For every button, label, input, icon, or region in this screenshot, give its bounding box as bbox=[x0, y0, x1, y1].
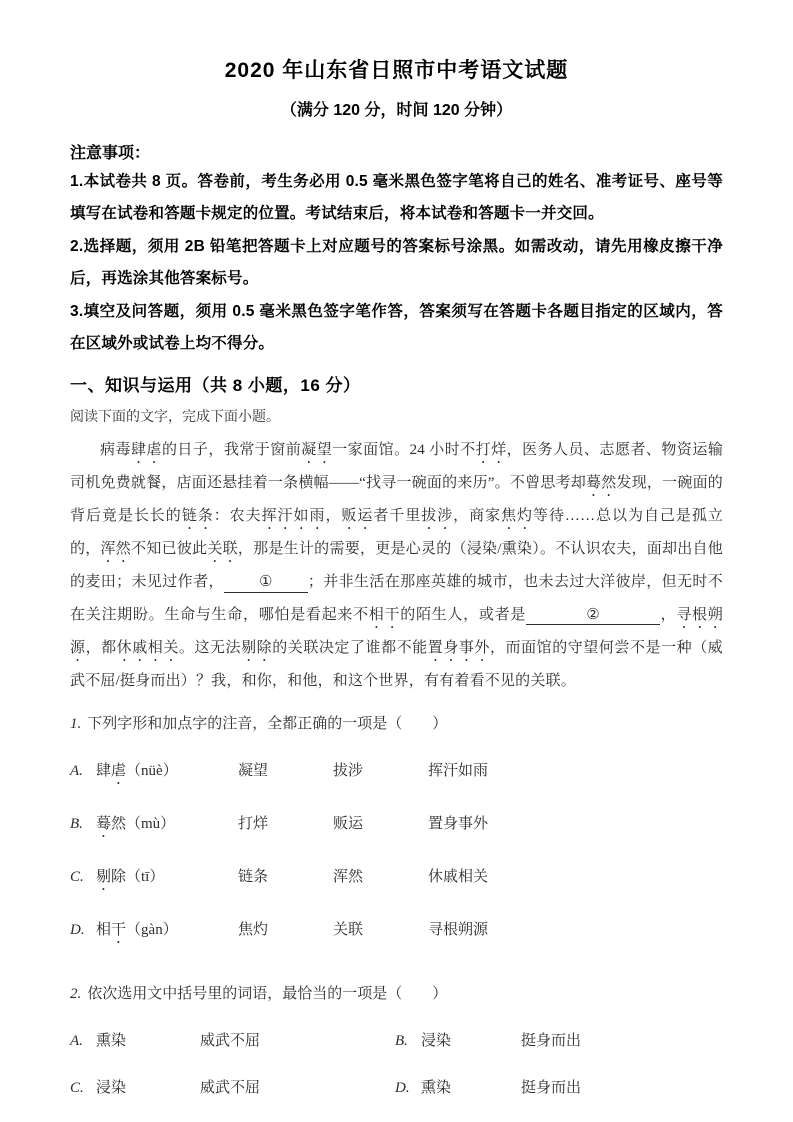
question-1-text: 下列字形和加点字的注音，全都正确的一项是（ ） bbox=[87, 716, 447, 732]
blank-underline: ① bbox=[224, 574, 308, 592]
emphasized-word: 虐 bbox=[111, 763, 126, 779]
emphasized-word: 挥汗如雨 bbox=[262, 508, 326, 524]
option-letter: C. bbox=[70, 1077, 96, 1099]
q2-options-row-2: C.浸染威武不屈D.熏染挺身而出 bbox=[70, 1077, 723, 1099]
passage-text: 病毒肆虐的日子，我常于窗前凝望一家面馆。24 小时不打烊，医务人员、志愿者、物资… bbox=[70, 434, 723, 697]
option-word: 浸染 bbox=[421, 1030, 521, 1052]
page-subtitle: （满分 120 分，时间 120 分钟） bbox=[70, 100, 723, 122]
option-letter: A. bbox=[70, 760, 96, 782]
question-2-number: 2. bbox=[70, 986, 81, 1002]
option-word: 剔除（tī） bbox=[96, 866, 238, 894]
question-2-text: 依次选用文中括号里的词语，最恰当的一项是（ ） bbox=[87, 986, 447, 1002]
emphasized-word: 相干 bbox=[369, 607, 400, 623]
emphasized-word: 打烊 bbox=[476, 442, 507, 458]
option-word: 熏染 bbox=[421, 1077, 521, 1099]
option-word: 蓦然（mù） bbox=[96, 813, 238, 841]
emphasized-word: 焦灼 bbox=[501, 508, 533, 524]
emphasized-word: 凝望 bbox=[301, 442, 332, 458]
emphasized-word: 贩运 bbox=[341, 508, 373, 524]
q1-option-b: B.蓦然（mù）打烊贩运置身事外 bbox=[70, 813, 723, 841]
notice-heading: 注意事项： bbox=[70, 142, 723, 166]
emphasized-word: 链条 bbox=[182, 508, 214, 524]
question-2-stem: 2.依次选用文中括号里的词语，最恰当的一项是（ ） bbox=[70, 983, 723, 1005]
emphasized-word: 置身事外 bbox=[428, 640, 490, 656]
option-word: 链条 bbox=[238, 866, 333, 888]
option-word: 挺身而出 bbox=[521, 1030, 581, 1052]
option-word: 寻根朔源 bbox=[428, 919, 488, 941]
option-word: 相干（gàn） bbox=[96, 919, 238, 947]
q1-option-a: A.肆虐（nüè）凝望拔涉挥汗如雨 bbox=[70, 760, 723, 788]
section-heading: 一、知识与运用（共 8 小题，16 分） bbox=[70, 373, 723, 399]
notice-item-2: 2.选择题，须用 2B 铅笔把答题卡上对应题号的答案标号涂黑。如需改动，请先用橡… bbox=[70, 231, 723, 296]
option-word: 焦灼 bbox=[238, 919, 333, 941]
question-1-number: 1. bbox=[70, 716, 81, 732]
emphasized-word: 浑然 bbox=[101, 541, 132, 557]
notice-item-1: 1.本试卷共 8 页。答卷前，考生务必用 0.5 毫米黑色签字笔将自己的姓名、准… bbox=[70, 166, 723, 231]
emphasized-word: 蓦然 bbox=[586, 475, 616, 491]
passage-intro: 阅读下面的文字，完成下面小题。 bbox=[70, 408, 723, 428]
option-letter: A. bbox=[70, 1030, 96, 1052]
blank-underline: ② bbox=[526, 607, 660, 625]
emphasized-word: 肆虐 bbox=[131, 442, 162, 458]
q2-options-row-1: A.熏染威武不屈B.浸染挺身而出 bbox=[70, 1030, 723, 1052]
option-word: 威武不屈 bbox=[200, 1077, 395, 1099]
page-title: 2020 年山东省日照市中考语文试题 bbox=[70, 56, 723, 86]
emphasized-word: 干 bbox=[111, 922, 126, 938]
option-word: 熏染 bbox=[96, 1030, 200, 1052]
emphasized-word: 剔 bbox=[96, 869, 111, 885]
option-letter: C. bbox=[70, 866, 96, 888]
emphasized-word: 拔涉 bbox=[421, 508, 453, 524]
option-letter: D. bbox=[395, 1077, 421, 1099]
option-word: 凝望 bbox=[238, 760, 333, 782]
option-word: 浑然 bbox=[333, 866, 428, 888]
option-letter: B. bbox=[70, 813, 96, 835]
option-word: 挺身而出 bbox=[521, 1077, 581, 1099]
option-word: 休戚相关 bbox=[428, 866, 488, 888]
exam-document-page: 2020 年山东省日照市中考语文试题 （满分 120 分，时间 120 分钟） … bbox=[0, 0, 793, 1122]
option-word: 打烊 bbox=[238, 813, 333, 835]
q1-option-d: D.相干（gàn）焦灼关联寻根朔源 bbox=[70, 919, 723, 947]
emphasized-word: 剔除 bbox=[241, 640, 272, 656]
question-1-stem: 1.下列字形和加点字的注音，全都正确的一项是（ ） bbox=[70, 713, 723, 735]
option-word: 浸染 bbox=[96, 1077, 200, 1099]
option-word: 拔涉 bbox=[333, 760, 428, 782]
option-word: 关联 bbox=[333, 919, 428, 941]
option-word: 挥汗如雨 bbox=[428, 760, 488, 782]
option-word: 威武不屈 bbox=[200, 1030, 395, 1052]
emphasized-word: 关联 bbox=[207, 541, 238, 557]
option-letter: B. bbox=[395, 1030, 421, 1052]
option-word: 置身事外 bbox=[428, 813, 488, 835]
emphasized-word: 蓦 bbox=[96, 816, 111, 832]
option-word: 贩运 bbox=[333, 813, 428, 835]
emphasized-word: 休戚相关 bbox=[117, 640, 179, 656]
option-letter: D. bbox=[70, 919, 96, 941]
notice-item-3: 3.填空及问答题，须用 0.5 毫米黑色签字笔作答，答案须写在答题卡各题目指定的… bbox=[70, 296, 723, 361]
q1-option-c: C.剔除（tī）链条浑然休戚相关 bbox=[70, 866, 723, 894]
option-word: 肆虐（nüè） bbox=[96, 760, 238, 788]
